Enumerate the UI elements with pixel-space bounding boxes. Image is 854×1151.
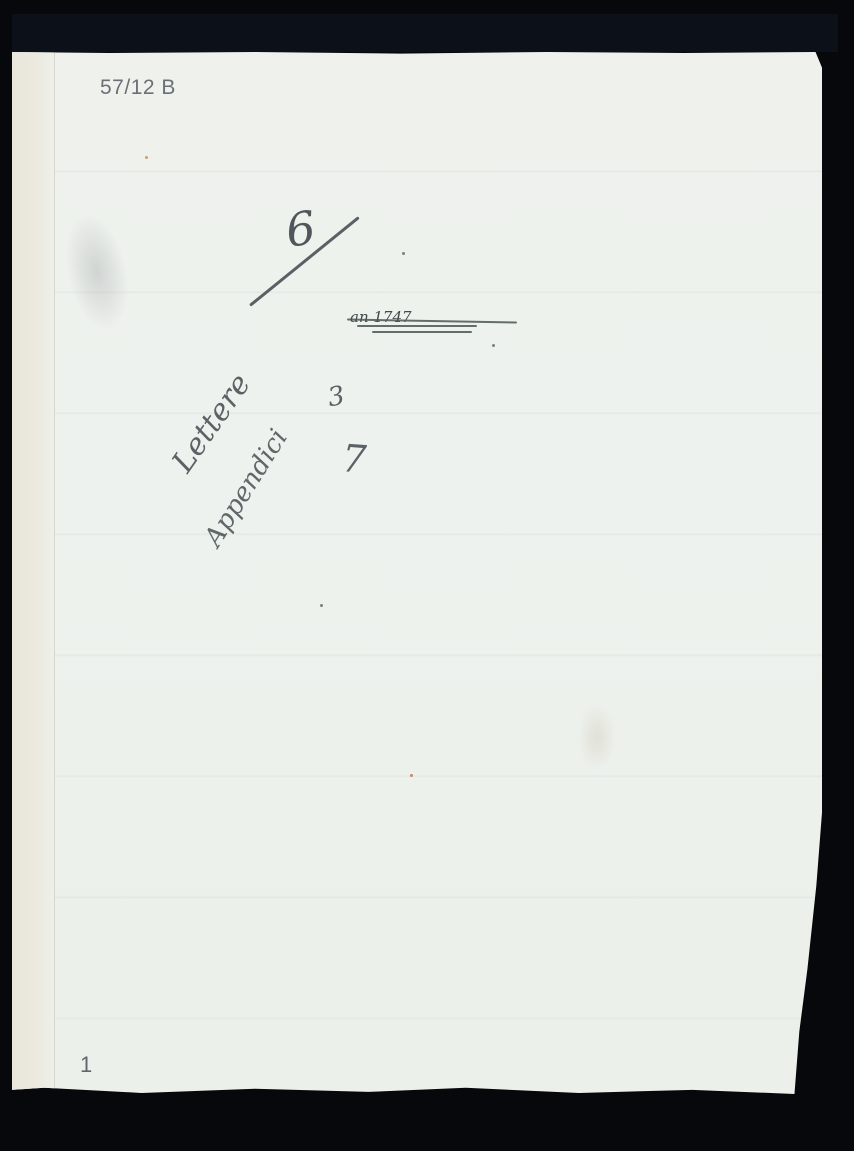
page-number: 1 [80,1052,92,1078]
strikethrough-line [357,325,477,327]
struck-through-date: an 1747 [350,308,412,326]
binding-fold [12,52,55,1094]
paper-texture [12,52,822,1094]
appendix-count: 7 [340,436,367,482]
paper-stain [577,702,617,772]
ink-speck [402,252,405,255]
ink-speck [320,604,323,607]
ink-speck [492,344,495,347]
scanner-bed [12,14,838,52]
archive-reference-number: 57/12 B [100,76,176,100]
document-page: 57/12 B 6 an 1747 Lettere 3 Appendici 7 … [12,52,822,1094]
strikethrough-line [372,331,472,333]
ink-speck [410,774,413,777]
ink-speck [145,156,148,159]
scan-viewport: 57/12 B 6 an 1747 Lettere 3 Appendici 7 … [0,0,854,1151]
